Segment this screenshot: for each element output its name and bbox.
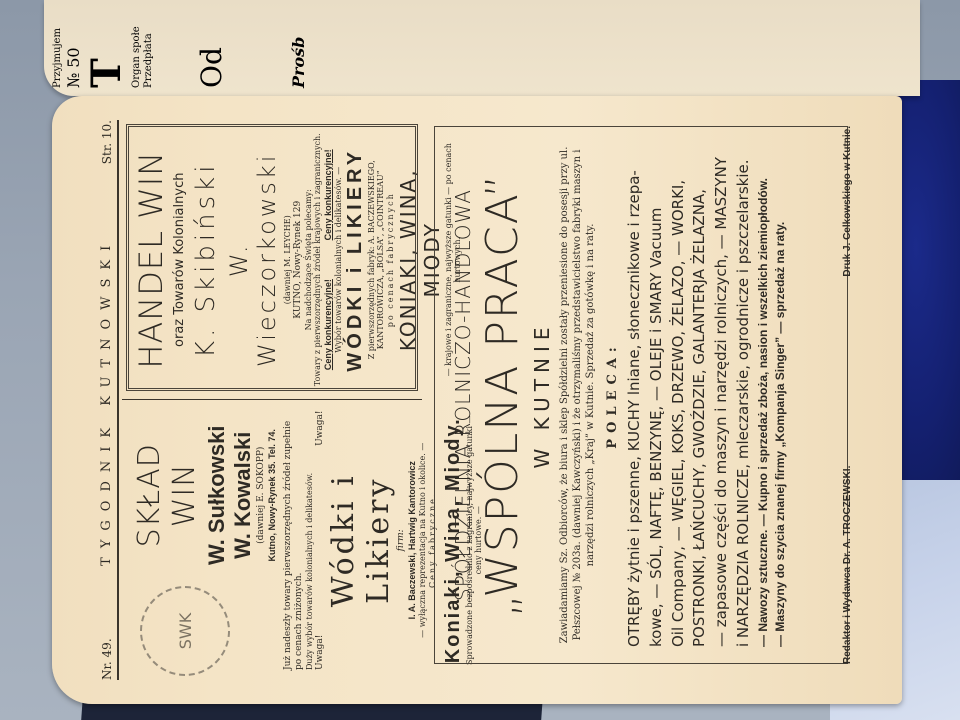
owner-name: W. Sułkowski <box>204 411 230 581</box>
owner-name: K. Skibiński <box>191 130 221 390</box>
swk-emblem-icon: SWK <box>140 586 230 676</box>
selection-text: Wybór towarów kolonialnych i delikatesów… <box>334 130 344 390</box>
attention-label: Uwaga! <box>315 411 326 446</box>
holiday-text: Na nadchodzące Święta polecamy: <box>304 130 314 390</box>
ad-heading: HANDEL WIN <box>132 130 170 390</box>
offer-bold-line: — Nawozy sztuczne. — Kupno i sprzedaż zb… <box>755 143 772 647</box>
coop-name: „WSPÓLNA PRACA” <box>477 143 528 647</box>
owner-name: W. Wieczorkowski <box>225 130 281 390</box>
product-heading: Wódki i Likiery <box>326 411 396 671</box>
coop-org: SPÓŁDZIELNIA ROLNICZO-HANDLOWA <box>451 143 475 647</box>
printer-credit: Druk J. Celkowskiego w Kutnie. <box>842 126 853 277</box>
firms-label: firm: <box>396 411 407 671</box>
issue-number: Nr. 49. <box>100 638 114 680</box>
prev-page-line: Przyjmujem <box>52 0 64 88</box>
prev-page-masthead: T <box>83 0 131 88</box>
formerly: (dawniej E. SOKOPP) <box>256 411 267 581</box>
prev-page-line: Przedpłata <box>143 0 155 88</box>
newspaper-page: Nr. 49. TYGODNIK KUTNOWSKI Str. 10. SWK … <box>52 96 902 704</box>
address: KUTNO, Nowy-Rynek 129 <box>293 130 304 390</box>
coop-town: W KUTNIE <box>530 143 554 647</box>
prev-page-issue: № 50 <box>64 0 83 88</box>
factories-text: Z pierwszorzędnych fabryk: A. BACZEWSKIE… <box>367 130 386 390</box>
offer-line: kowe, — SÓL, NAFTĘ, BENZYNĘ, — OLEJE i S… <box>646 143 668 647</box>
address: Kutno, Nowy-Rynek 35. Tel. 74. <box>267 411 278 581</box>
ad-sulkowski-kowalski: SWK SKŁAD WIN W. Sułkowski W. Kowalski (… <box>122 400 422 681</box>
competitive-prices: Ceny konkurencyjne! <box>323 149 334 240</box>
page-number: Str. 10. <box>100 120 114 164</box>
recommends-heading: POLECA: <box>605 143 620 647</box>
offer-bold-line: — Maszyny do szycia znanej firmy „Kompan… <box>772 143 789 647</box>
page-sheet: Nr. 49. TYGODNIK KUTNOWSKI Str. 10. SWK … <box>52 96 902 704</box>
formerly: (dawniej M. LEYCHE) <box>283 130 293 390</box>
page-footer: Redaktor i Wydawca Dr. A. TROCZEWSKI. Dr… <box>842 126 853 664</box>
ads-row: SWK SKŁAD WIN W. Sułkowski W. Kowalski (… <box>122 120 422 680</box>
prev-page-line: Organ społe <box>131 0 143 88</box>
offer-line: POSTRONKI, ŁAŃCUCHY, GWOŹDZIE, GALANTERJ… <box>689 143 711 647</box>
offer-line: Oil Company, — WĘGIEL, KOKS, DRZEWO, ŻEL… <box>668 143 690 647</box>
prev-page-heading: Od <box>195 0 229 88</box>
offer-line: — zapasowe części do maszyn i narzędzi r… <box>711 143 733 647</box>
owner-name: W. Kowalski <box>230 411 256 581</box>
prev-page-heading: Prośb <box>289 0 308 88</box>
running-header: Nr. 49. TYGODNIK KUTNOWSKI Str. 10. <box>92 120 119 680</box>
goods-text: Towary z pierwszorzędnych źródeł krajowy… <box>313 130 323 390</box>
coop-notice: Zawiadamiamy Sz. Odbiorców, że biura i s… <box>558 143 597 647</box>
intro-text: Już nadeszły towary pierwszorzędnych źró… <box>283 411 306 671</box>
editor-credit: Redaktor i Wydawca Dr. A. TROCZEWSKI. <box>842 466 853 664</box>
previous-page-strip: Przyjmujem № 50 T Organ społe Przedpłata… <box>44 0 920 96</box>
ad-heading: SKŁAD WIN <box>132 411 202 581</box>
ad-subheading: oraz Towarów Kolonialnych <box>172 130 187 390</box>
ad-skibinski-wieczorkowski: HANDEL WIN oraz Towarów Kolonialnych K. … <box>122 120 422 400</box>
newspaper-title: TYGODNIK KUTNOWSKI <box>99 237 114 566</box>
firms: I. A. Baczewski, Hartwig Kantorowicz <box>407 411 418 671</box>
coop-advertisement: SPÓŁDZIELNIA ROLNICZO-HANDLOWA „WSPÓLNA … <box>434 126 848 664</box>
selection-text: Duży wybór towarów kolonialnych i delika… <box>305 411 315 671</box>
attention-label: Uwaga! <box>315 635 326 670</box>
offer-list: OTRĘBY żytnie i pszenne, KUCHY lniane, s… <box>624 143 789 647</box>
competitive-prices: Ceny konkurencyjne! <box>323 279 334 370</box>
offer-line: OTRĘBY żytnie i pszenne, KUCHY lniane, s… <box>624 143 646 647</box>
offer-line: i NARZĘDZIA ROLNICZE, mleczarskie, ogrod… <box>733 143 755 647</box>
factory-prices: po cenach fabrycznych <box>386 130 396 390</box>
product-heading: WÓDKI i LIKIERY <box>344 130 367 390</box>
representation: — wyłączna reprezentacja na Kutno i okol… <box>418 411 428 671</box>
